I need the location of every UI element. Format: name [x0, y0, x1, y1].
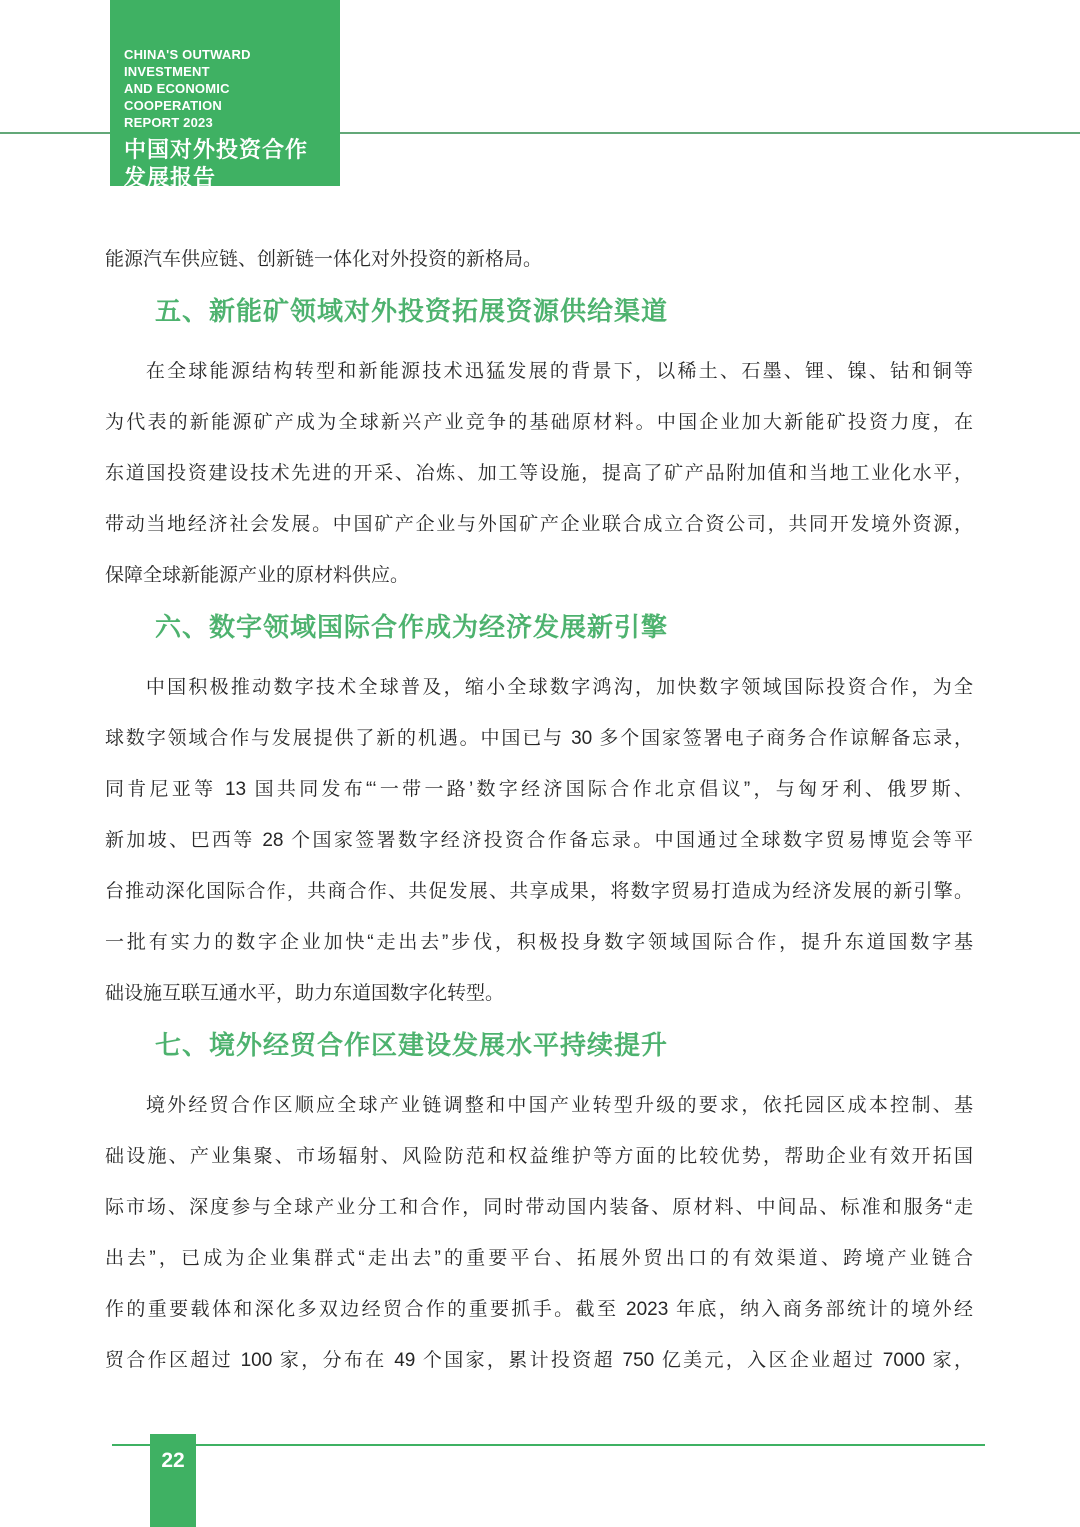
brand-title-en-line1: CHINA'S OUTWARD INVESTMENT	[124, 46, 328, 80]
paragraph-line: 带动当地经济社会发展。中国矿产企业与外国矿产企业联合成立合资公司，共同开发境外资…	[105, 499, 973, 550]
paragraph-line: 台推动深化国际合作，共商合作、共促发展、共享成果，将数字贸易打造成为经济发展的新…	[105, 866, 973, 917]
section-paragraph-2: 中国积极推动数字技术全球普及，缩小全球数字鸿沟，加快数字领域国际投资合作，为全球…	[105, 662, 973, 1019]
paragraph-continuation-line: 能源汽车供应链、创新链一体化对外投资的新格局。	[105, 234, 973, 285]
report-brand-block: CHINA'S OUTWARD INVESTMENT AND ECONOMIC …	[110, 0, 340, 186]
footer-rule	[112, 1444, 985, 1446]
paragraph-line: 同肯尼亚等 13 国共同发布“‘一带一路’数字经济国际合作北京倡议”，与匈牙利、…	[105, 764, 973, 815]
paragraph-line: 为代表的新能源矿产成为全球新兴产业竞争的基础原材料。中国企业加大新能矿投资力度，…	[105, 397, 973, 448]
paragraph-line: 贸合作区超过 100 家，分布在 49 个国家，累计投资超 750 亿美元，入区…	[105, 1335, 973, 1386]
page-number: 22	[161, 1449, 184, 1473]
brand-title-zh-line1: 中国对外投资合作	[124, 136, 328, 164]
paragraph-line: 际市场、深度参与全球产业分工和合作，同时带动国内装备、原材料、中间品、标准和服务…	[105, 1182, 973, 1233]
report-page: CHINA'S OUTWARD INVESTMENT AND ECONOMIC …	[0, 0, 1080, 1527]
paragraph-line: 础设施互联互通水平，助力东道国数字化转型。	[105, 968, 973, 1019]
paragraph-line: 础设施、产业集聚、市场辐射、风险防范和权益维护等方面的比较优势，帮助企业有效开拓…	[105, 1131, 973, 1182]
paragraph-line: 在全球能源结构转型和新能源技术迅猛发展的背景下，以稀土、石墨、锂、镍、钴和铜等	[105, 346, 973, 397]
paragraph-line: 保障全球新能源产业的原材料供应。	[105, 550, 973, 601]
paragraph-line: 一批有实力的数字企业加快“走出去”步伐，积极投身数字领域国际合作，提升东道国数字…	[105, 917, 973, 968]
paragraph-line: 出去”，已成为企业集群式“走出去”的重要平台、拓展外贸出口的有效渠道、跨境产业链…	[105, 1233, 973, 1284]
paragraph-line: 境外经贸合作区顺应全球产业链调整和中国产业转型升级的要求，依托园区成本控制、基	[105, 1080, 973, 1131]
section-paragraph-3: 境外经贸合作区顺应全球产业链调整和中国产业转型升级的要求，依托园区成本控制、基础…	[105, 1080, 973, 1386]
brand-title-en-line3: REPORT 2023	[124, 114, 328, 131]
brand-year: 2023	[124, 194, 328, 224]
page-number-block: 22	[150, 1434, 196, 1527]
brand-title-zh-line2: 发展报告	[124, 164, 328, 192]
paragraph-line: 新加坡、巴西等 28 个国家签署数字经济投资合作备忘录。中国通过全球数字贸易博览…	[105, 815, 973, 866]
page-body: 能源汽车供应链、创新链一体化对外投资的新格局。 五、新能矿领域对外投资拓展资源供…	[105, 234, 973, 1386]
section-heading-2: 六、数字领域国际合作成为经济发展新引擎	[105, 609, 973, 645]
brand-title-en-line2: AND ECONOMIC COOPERATION	[124, 80, 328, 114]
paragraph-line: 作的重要载体和深化多双边经贸合作的重要抓手。截至 2023 年底，纳入商务部统计…	[105, 1284, 973, 1335]
section-heading-1: 五、新能矿领域对外投资拓展资源供给渠道	[105, 293, 973, 329]
section-heading-3: 七、境外经贸合作区建设发展水平持续提升	[105, 1027, 973, 1063]
body-sections: 五、新能矿领域对外投资拓展资源供给渠道在全球能源结构转型和新能源技术迅猛发展的背…	[105, 293, 973, 1386]
paragraph-line: 东道国投资建设技术先进的开采、冶炼、加工等设施，提高了矿产品附加值和当地工业化水…	[105, 448, 973, 499]
paragraph-line: 球数字领域合作与发展提供了新的机遇。中国已与 30 多个国家签署电子商务合作谅解…	[105, 713, 973, 764]
section-paragraph-1: 在全球能源结构转型和新能源技术迅猛发展的背景下，以稀土、石墨、锂、镍、钴和铜等为…	[105, 346, 973, 601]
paragraph-line: 中国积极推动数字技术全球普及，缩小全球数字鸿沟，加快数字领域国际投资合作，为全	[105, 662, 973, 713]
